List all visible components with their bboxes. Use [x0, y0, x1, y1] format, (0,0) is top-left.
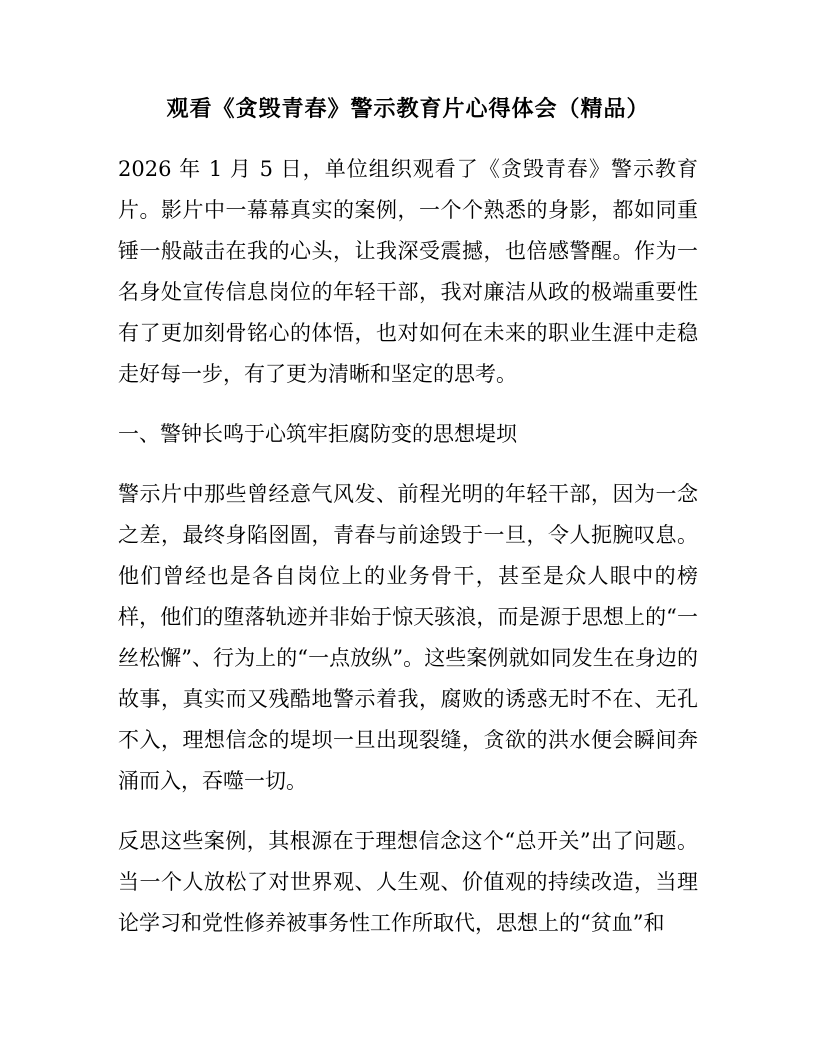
section-heading: 一、警钟长鸣于心筑牢拒腐防变的思想堤坝: [118, 414, 698, 455]
paragraph: 2026 年 1 月 5 日，单位组织观看了《贪毁青春》警示教育片。影片中一幕幕…: [118, 149, 698, 395]
paragraph: 反思这些案例，其根源在于理想信念这个“总开关”出了问题。当一个人放松了对世界观、…: [118, 821, 698, 944]
paragraph: 警示片中那些曾经意气风发、前程光明的年轻干部，因为一念之差，最终身陷囹圄，青春与…: [118, 474, 698, 802]
document-title: 观看《贪毁青春》警示教育片心得体会（精品）: [118, 94, 698, 125]
document-page: 观看《贪毁青春》警示教育片心得体会（精品） 2026 年 1 月 5 日，单位组…: [0, 0, 816, 1056]
document-body: 2026 年 1 月 5 日，单位组织观看了《贪毁青春》警示教育片。影片中一幕幕…: [118, 149, 698, 944]
